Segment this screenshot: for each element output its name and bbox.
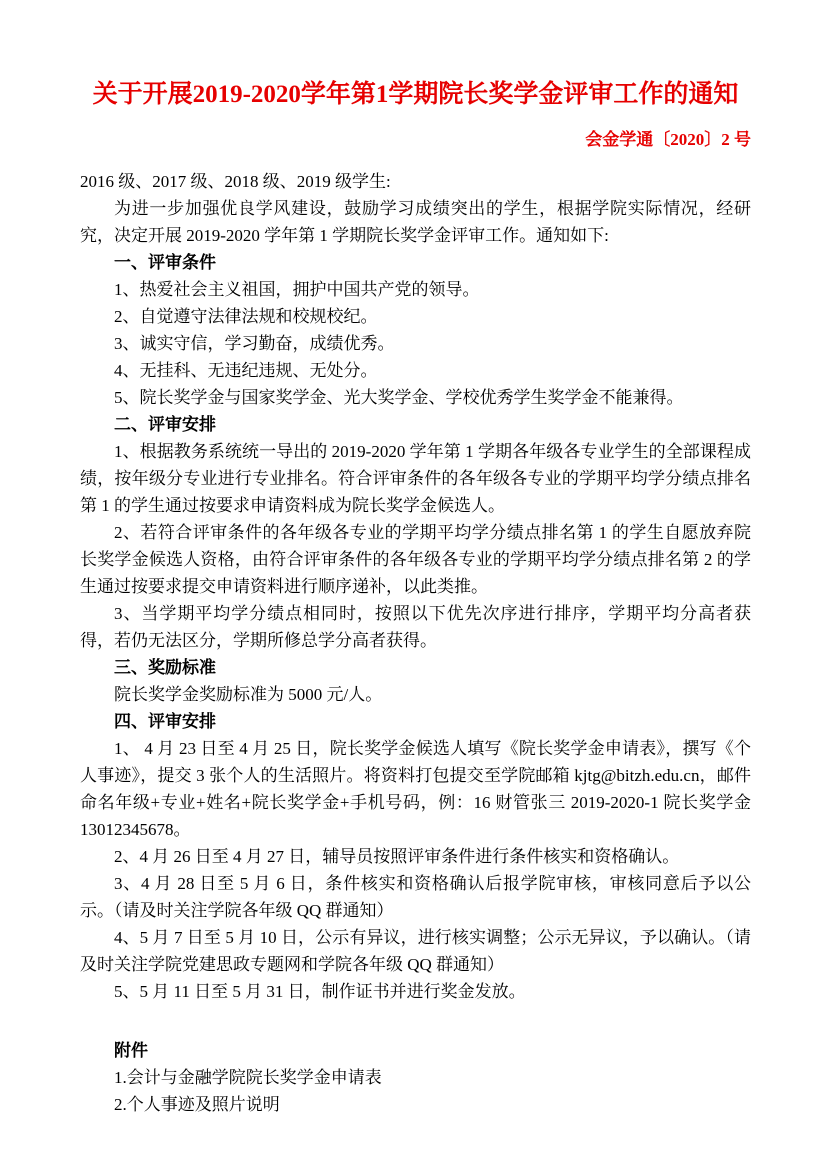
section-1-item-4: 4、无挂科、无违纪违规、无处分。	[80, 357, 751, 384]
doc-number: 会金学通〔2020〕2 号	[80, 128, 751, 152]
section-1-heading: 一、评审条件	[80, 249, 751, 276]
attachment-item-2: 2.个人事迹及照片说明	[80, 1091, 751, 1118]
section-1-item-1: 1、热爱社会主义祖国，拥护中国共产党的领导。	[80, 276, 751, 303]
salutation: 2016 级、2017 级、2018 级、2019 级学生:	[80, 168, 751, 195]
notice-title: 关于开展2019-2020学年第1学期院长奖学金评审工作的通知	[80, 78, 751, 112]
section-4-heading: 四、评审安排	[80, 708, 751, 735]
section-4-item-3: 3、4 月 28 日至 5 月 6 日，条件核实和资格确认后报学院审核，审核同意…	[80, 870, 751, 924]
section-1-item-5: 5、院长奖学金与国家奖学金、光大奖学金、学校优秀学生奖学金不能兼得。	[80, 384, 751, 411]
section-3-item-1: 院长奖学金奖励标准为 5000 元/人。	[80, 681, 751, 708]
section-4-item-4: 4、5 月 7 日至 5 月 10 日，公示有异议，进行核实调整；公示无异议，予…	[80, 924, 751, 978]
section-1-item-2: 2、自觉遵守法律法规和校规校纪。	[80, 303, 751, 330]
notice-document: 关于开展2019-2020学年第1学期院长奖学金评审工作的通知 会金学通〔202…	[0, 0, 827, 1169]
section-4-item-1: 1、 4 月 23 日至 4 月 25 日，院长奖学金候选人填写《院长奖学金申请…	[80, 735, 751, 843]
section-2-heading: 二、评审安排	[80, 411, 751, 438]
section-3-heading: 三、奖励标准	[80, 654, 751, 681]
section-2-item-1: 1、根据教务系统统一导出的 2019-2020 学年第 1 学期各年级各专业学生…	[80, 438, 751, 519]
attachment-heading: 附件	[80, 1037, 751, 1064]
attachment-item-1: 1.会计与金融学院院长奖学金申请表	[80, 1064, 751, 1091]
intro-paragraph: 为进一步加强优良学风建设，鼓励学习成绩突出的学生，根据学院实际情况，经研究，决定…	[80, 195, 751, 249]
section-2-item-2: 2、若符合评审条件的各年级各专业的学期平均学分绩点排名第 1 的学生自愿放弃院长…	[80, 519, 751, 600]
section-4-item-5: 5、5 月 11 日至 5 月 31 日，制作证书并进行奖金发放。	[80, 978, 751, 1005]
section-4-item-2: 2、4 月 26 日至 4 月 27 日，辅导员按照评审条件进行条件核实和资格确…	[80, 843, 751, 870]
section-1-item-3: 3、诚实守信，学习勤奋，成绩优秀。	[80, 330, 751, 357]
section-2-item-3: 3、当学期平均学分绩点相同时，按照以下优先次序进行排序，学期平均分高者获得，若仍…	[80, 600, 751, 654]
